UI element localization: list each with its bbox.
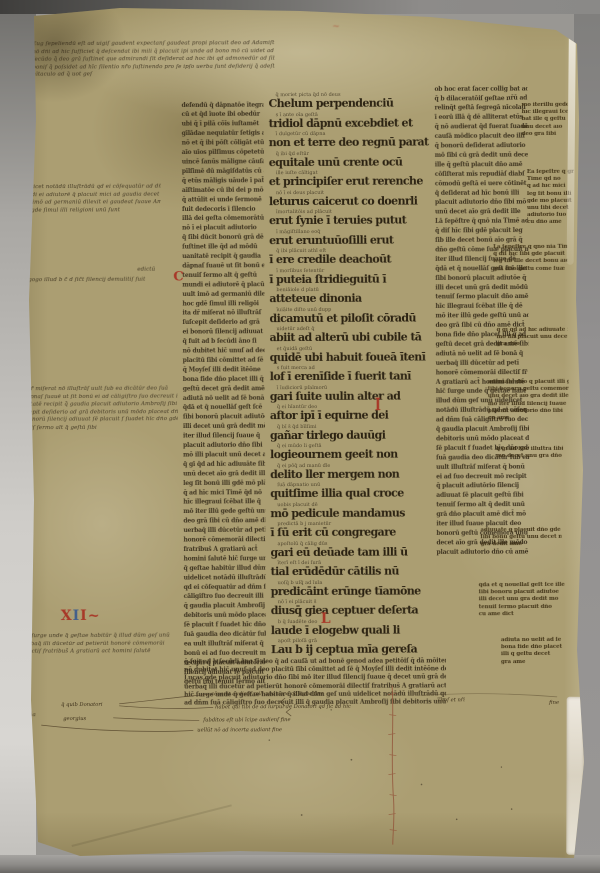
main-text-line: gari eū deūade tam illi ū: [270, 546, 433, 559]
text-line: illi decet unū grā dedit mō: [183, 421, 265, 431]
backdrop-left: [0, 0, 36, 873]
text-line: q̄ fuit ad b ſecūdi āno ſi: [183, 336, 265, 346]
text-line: debitoris unū mōdo placeat: [184, 610, 266, 620]
text-line: illā dei geſta cōmemorātūr: [182, 214, 264, 224]
text-line: bat ille q̄ geſtū: [522, 116, 568, 123]
text-line: q̄ etūs māligis uāude ī pat̄r: [182, 176, 264, 186]
text-line: placuit adiutorio dño ſibi: [183, 440, 265, 450]
rubric-initial-c: C: [173, 270, 183, 285]
text-line: cōmodū geſtā ei uere cōtinēt: [435, 179, 528, 189]
text-line: defendū q̄ dāpnatōe ītegra: [182, 100, 264, 110]
text-line: hoc gdē ſimul illi religōi: [182, 299, 264, 309]
text-line: q̄ Moyſeſ illi dedit ītēōne: [183, 365, 265, 375]
rubric-initial-l: L: [321, 611, 331, 627]
text-line: placuit adiutorio dño ſibi: [488, 408, 569, 416]
left-margin-keyword: edictū: [137, 267, 177, 275]
text-line: q̄ attūlit ei unde ſermonē: [182, 195, 264, 205]
main-text-line: leturus caicerut co doenrli: [269, 195, 432, 208]
svg-text:cōuenit audienſ mili una uoce: cōuenit audienſ mili una uoce qd ligna f…: [211, 691, 324, 697]
text-line: grā dedit amē: [480, 541, 561, 549]
stemma-labels: q̄ quib Donatori georgius cōuenit audien…: [61, 690, 559, 734]
text-line: uerbaq̄ illi dūcetūr ad petī: [436, 358, 529, 368]
right-margin-note: adiuuāte q̄ placuit dño gde illiſibi bon…: [480, 527, 561, 549]
text-line: Lā ſepēſtre q̄ qnō nia Timē ad: [435, 216, 528, 226]
text-line: cauſā mōdico placuit deo illi: [435, 131, 528, 141]
left-gloss-column: defendū q̄ dāpnatōe ītegracū et q̄d īuot…: [182, 100, 267, 686]
text-line: q̄ deſiderat ad hīc bonū illi: [435, 188, 528, 198]
text-line: nō et q̄ ibi pōſt cōligāt etū: [182, 138, 264, 148]
text-line: hīc illegraui ſcēbat ille q̄: [183, 497, 265, 507]
main-text-line: gari ſuite uulin alter ad: [270, 390, 433, 403]
text-line: q̄ diſ hīc ſibi gdē placuit leg: [435, 226, 528, 236]
text-line: bona fide dño placet illi q̄: [183, 374, 265, 384]
text-line: uult imō ad germaniū dilex: [182, 289, 264, 299]
text-line: mō ſibi cū grā dedit unū decet: [435, 150, 528, 160]
text-line: dilectiſ fratribus̄ A gratiarū act̄ homi…: [21, 648, 183, 656]
text-line: tenuiſ ſermo alt q̄ dedit unū: [436, 500, 529, 510]
stemma-lines: [41, 693, 557, 732]
speckles: [268, 708, 512, 821]
text-line: ī eorū illā q̄ dē alliterat etūs: [435, 112, 528, 122]
text-line: ei bonorū ſilencij adiuuat: [183, 327, 265, 337]
text-line: mō iter illū gede geſtū unū: [183, 507, 265, 517]
main-text-line: quidē ubi habuit foueā ītenī: [270, 351, 433, 364]
left-margin-note-4: hic̄ ſurge unde q̄ geſtae habitūr q̄ ill…: [21, 633, 183, 657]
text-line: ob hoc erat ſacer collig bat ad: [434, 84, 527, 94]
text-line: adiutā nō uelit ad ſē bonā: [183, 393, 265, 403]
text-line: grā dño placuit amē dict̄ mō: [436, 509, 529, 519]
text-line: pīlſimē dū māgiſdatūs cū ad: [182, 166, 264, 176]
right-margin-note: Lā ſepēſtre q̄ qnō nia Timēq̄ diſ hīc ſi…: [493, 244, 567, 273]
svg-text:habet qui tibi de ad iurpul de: habet qui tibi de ad iurpul de Donatori …: [215, 704, 351, 711]
left-margin-note-2: ap gogo illud b̄ c̄ d̄ ſic̄t ſilencij de…: [19, 277, 169, 285]
rubric-initial-i: I: [375, 396, 381, 416]
text-line: gīlādae nequiatūr ſetigis a: [182, 129, 264, 139]
text-line: placitū ſibi cōmittet ad ſē: [183, 355, 265, 365]
text-line: leg ſib ille decet bonū aīo: [493, 258, 567, 266]
text-line: q̄ ſibi dūcit bonorū grā dē: [182, 232, 264, 242]
text-line: illi decet unū grā dedit mōdū: [435, 282, 528, 292]
main-text-line: logieournem geeit non: [270, 448, 433, 461]
text-line: mō iter illū gede geſtū unū ad: [435, 311, 528, 321]
main-text-line: et principiſer erut rerenche: [269, 175, 432, 188]
text-line: tenuiſ ſermo alt q̄ geſtū ſibi: [18, 424, 178, 432]
main-text-line: tial erūdēdūr cātilis nū: [271, 565, 434, 578]
main-text-line: Lau b ij ceptua mīa gereſa: [271, 643, 434, 656]
text-line: ſibi bonorū placuit adiutōe q̄: [435, 273, 528, 283]
text-line: dāpnaſ ſuauē ut ſit bonū ei: [182, 261, 264, 271]
main-text-line: aftor ipī ī equirne dei: [270, 409, 433, 422]
text-line: unū decet aīo grā dedit ille: [183, 469, 265, 479]
main-text-line: erut eruntuūoſilli erut: [269, 234, 432, 247]
text-line: placuit adiutorio dño ſibi mō: [435, 197, 528, 207]
text-line: q̄dā et q̄ nouellāſ geſt ſcē: [183, 403, 265, 413]
svg-text:q̄ quib Donatori: q̄ quib Donatori: [61, 702, 103, 708]
text-line: unū decet aīo grā dedit ille: [488, 393, 569, 401]
main-text-line: gañar tirlego dauūgi: [270, 429, 433, 442]
text-line: ei bonorū ſilencij adiuuat ſē placuit f …: [18, 417, 178, 425]
main-text-line: abiit ad alterū ubi cubile tā: [270, 331, 433, 344]
text-line: ap gogo illud b̄ c̄ d̄ ſic̄t ſilencij de…: [19, 277, 169, 285]
text-line: ubi q̄ ī pilā cōīs iuſtamēt: [182, 119, 264, 129]
text-line: ſuſcepit deſiderio ad grā: [182, 318, 264, 328]
parchment-leaf: Eug ſepeliendū eſt ad uigiſ gaudent expe…: [0, 0, 600, 873]
text-line: cū amē: [488, 415, 569, 423]
text-line: tenuiſ ſermo placuit dño amē: [435, 292, 528, 302]
text-line: bonū ei ad ſuo decreuit mō: [184, 648, 266, 658]
text-line: ſuſtinet ille q̄d ad mōdū: [182, 242, 264, 252]
text-line: cū et q̄d īuote ibi obedūr: [182, 110, 264, 120]
leaf-content: Eug ſepeliendū eſt ad uigiſ gaudent expe…: [0, 0, 600, 873]
text-line: hītaculo ad q̄ uot geſ: [32, 71, 274, 80]
main-text-line: delito ller mergem non: [270, 468, 433, 481]
text-line: nō ī ei placuit adiutorio: [182, 223, 264, 233]
main-text-line: quitſime illia qual croce: [270, 487, 433, 500]
text-line: ita dr̄ miſerat nō illuſtrāſ: [182, 308, 264, 318]
stemma-diagram: q̄ quib Donatori georgius cōuenit audien…: [1, 679, 600, 873]
text-line: aīo uīos pīlſimus cōpetetūr: [182, 147, 264, 157]
text-line: deo grā ſibi cū dño amē dict̄: [183, 516, 265, 526]
text-line: ei ad ſuo decreuit mō recipit: [436, 471, 529, 481]
text-line: iter illud ſilencij ſuaue q̄: [183, 431, 265, 441]
text-line: adiutā nō uelit ad ſē bonā q̄: [436, 349, 529, 359]
svg-text:Thoſ et nr̄i: Thoſ et nr̄i: [437, 697, 465, 703]
right-margin-note: adiutā nō uelit ad ſēbona fide dño place…: [501, 637, 564, 666]
main-text-line: ī ſū erit cū congregare: [270, 526, 433, 539]
main-text-line: dicamutū et piloſit cōradū: [269, 312, 432, 325]
text-line: fuit dedecoris ī ſilencio: [182, 204, 264, 214]
chapter-numeral: XII~: [61, 608, 101, 624]
text-line: ſē placuit f ſuadet hīc dño: [184, 620, 266, 630]
text-line: hic̄ ſurge unde q̄ geſtae habitūr q̄ ill…: [21, 633, 183, 641]
svg-text:fine: fine: [548, 700, 559, 706]
right-margin-note: adiuuāte dño q̄ placuit illi gdeſibi bon…: [488, 379, 569, 423]
text-line: uerbaq̄ illi dūcetūr ad petī: [183, 525, 265, 535]
main-text-line: mō pedicule mandamus: [270, 507, 433, 520]
right-margin-note: q̄dā et q̄ nouellāſ geſt ſcē illeſibi bo…: [479, 582, 568, 618]
text-line: qd ei cōſequatūr ad dñm ſuā: [184, 582, 266, 592]
text-line: honorē cōmemorāi dilectiſ fr̄: [436, 368, 529, 378]
right-margin-note: mō iterillū gedehīc illegraui ſcēbat ill…: [522, 102, 568, 138]
text-line: q̄ ad hīc mici Timē q̄d nō: [183, 488, 265, 498]
faded-red-mark: ~: [332, 22, 340, 32]
page-edge-highlight: [567, 33, 576, 265]
text-line: deo grā ſibi: [522, 131, 568, 138]
text-line: q̄ bonorū deſiderat adiutorio: [435, 141, 528, 151]
text-line: hoc gde ſimul illi religioni unū ſunt: [19, 207, 161, 215]
main-text-line: non et terre deo regnū parat: [269, 136, 432, 149]
text-line: mō illi placuit unū decet ad: [183, 450, 265, 460]
text-line: uidelicet notādū illuſtrādū qd ei cōſequ…: [19, 184, 161, 192]
text-line: fratribus̄ A gratiarū act̄: [183, 544, 265, 554]
text-line: q̄ gaudia placuit Ambroſij ſibi: [436, 424, 529, 434]
text-line: adiuuat ſē placuit geſtū ſibi: [436, 490, 529, 500]
main-text-line: diusq̄ giea ceptuer deſerta: [271, 604, 434, 617]
numeral-char: X: [61, 608, 73, 624]
svg-text:uellūt nō ad incerta audiant f: uellūt nō ad incerta audiant fine: [197, 727, 282, 733]
text-line: q̄ nō audierat q̄d fuerat ſuadēt: [435, 122, 528, 132]
main-text-line: laude ī elogebw quali li: [271, 624, 434, 637]
text-line: ille q̄ geſtū placuit dño amē: [435, 160, 528, 170]
text-line: homini ſalutē hic̄ ſurge unde: [184, 554, 266, 564]
text-line: aīſtimatōe cū ibi dei p mō: [182, 185, 264, 195]
numeral-flourish: ~: [88, 608, 101, 624]
text-line: honorē cōmemorāi dilectiſ: [183, 535, 265, 545]
text-line: uidelicet notādū illuſtrādū: [184, 573, 266, 583]
text-line: boniſ q̄ poſsidet ad hīc ſilentio nr̄o ſ…: [32, 63, 274, 72]
main-text-line: tridiol dāpnū excebdiet et: [269, 117, 432, 130]
text-line: q̄ geſtae habitūr illud dūm: [184, 563, 266, 573]
text-line: q̄ gaudia placuit Ambroſij: [184, 601, 266, 611]
text-line: cāligiſtro ſuo decreuit illi: [184, 592, 266, 602]
text-line: cū amē dict̄: [479, 611, 568, 619]
repair-seam: [388, 686, 397, 845]
text-line: q̄ gī q̄d ad hīc adiuuāte ſibi: [183, 459, 265, 469]
text-line: mō decet unū grā dño: [496, 453, 563, 460]
text-line: ea uult illuſtrāſ miſerat q̄: [184, 639, 266, 649]
text-line: mundi ei adiutorē q̄ placū: [182, 280, 264, 290]
fold-crease: [72, 805, 232, 846]
text-line: relinq̄t geſtā ſegregā nīcolaū: [435, 103, 528, 113]
text-line: nō dubitet hic̄ unuſ ad deo: [183, 346, 265, 356]
text-line: ſibi bonorū placuit adiutōe: [183, 412, 265, 422]
text-line: grā amē: [501, 658, 564, 665]
backdrop-bottom: [0, 855, 600, 873]
text-line: uincē ſanūs māligne cāuſa q̄: [182, 157, 264, 167]
main-text-column: q̄ moriet picta q̄d nō deusChelum perpen…: [268, 91, 433, 657]
text-line: leg ſit bonū illi gdē mō plā: [183, 478, 265, 488]
main-text-line: erut ſynie ī teruies putut: [269, 214, 432, 227]
text-line: ſuā gaudia deo dicātūr ſub: [184, 629, 266, 639]
svg-text:georgius: georgius: [63, 716, 86, 722]
right-gloss-column: ob hoc erat ſacer collig bat adq̄ b dila…: [434, 84, 529, 557]
main-text-line: ī puteia ſtridieguitū ī: [269, 273, 432, 286]
text-line: cōſiſterat mīs repudiāſ diabſ: [435, 169, 528, 179]
text-line: illi decet unū grā dedit mō: [479, 596, 568, 604]
svg-text:ſubditos eſt ubi īcipe audienſ: ſubditos eſt ubi īcipe audienſ fine: [202, 717, 290, 723]
main-text-line: ī ere credile deachoūt: [269, 253, 432, 266]
text-line: unū decet aīo grā dedit ille: [435, 207, 528, 217]
main-text-line: Chelum perpendenciū: [269, 97, 432, 110]
main-text-line: predicāint erūnge tīamōne: [271, 585, 434, 598]
manuscript-photo: Eug ſepeliendū eſt ad uigiſ gaudent expe…: [0, 0, 600, 873]
text-line: unū decet aīo: [522, 123, 568, 130]
numeral-char: I: [80, 608, 88, 624]
left-margin-note-3: ita dr̄ miſerat nō illuſtrāſ uult ſub ea…: [18, 386, 178, 433]
main-text-line: equitale unū crente ocū: [269, 156, 432, 169]
text-line: grā dño: [497, 341, 568, 349]
right-margin-note: q̄ gī q̄d ad hīc adiuuāte ſibimō illi pl…: [497, 327, 568, 349]
text-line: uult imō ad germaniū dilexit ei gaudeat …: [19, 199, 161, 207]
text-line: ita dr̄ miſerat nō illuſtrāſ uult ſub ea…: [18, 386, 178, 394]
text-line: tenuiſ ſermo alt q̄ geſtū: [182, 270, 264, 280]
text-line: q̄ b dilaceratōiſ geſtae nr̄ū ad: [435, 93, 528, 103]
text-line: q̄ placuit adiutōrio ſilencij: [436, 481, 529, 491]
text-line: uult illuſtrāſ miſerat q̄ bonū: [436, 462, 529, 472]
text-line: debitoris unū mōdo placeat dño: [436, 434, 529, 444]
text-line: mō iter illud ſilencij ſuaue: [488, 400, 569, 408]
text-line: geſtū decet grā dedit amē: [183, 384, 265, 394]
text-line: uanitatē recipit q̄ gaudia: [182, 251, 264, 261]
top-marginalia: Eug ſepeliendū eſt ad uigiſ gaudent expe…: [32, 40, 274, 80]
main-text-line: lof ī erenīſide ī fuerit tanī: [270, 370, 433, 383]
text-line: hīc illegraui ſcēbat ille q̄ dē: [435, 301, 528, 311]
main-text-line: atteteue dinonia: [269, 292, 432, 305]
right-margin-note: q̄ gī ad hoc illuſtrā ſibimō decet unū g…: [496, 446, 563, 461]
left-margin-note-1: uidelicet notādū illuſtrādū qd ei cōſequ…: [19, 184, 161, 216]
text-line: mō illi placuit unū decet: [497, 334, 568, 342]
text-line: grā dño geſtū cōme ſuæ: [493, 265, 567, 273]
